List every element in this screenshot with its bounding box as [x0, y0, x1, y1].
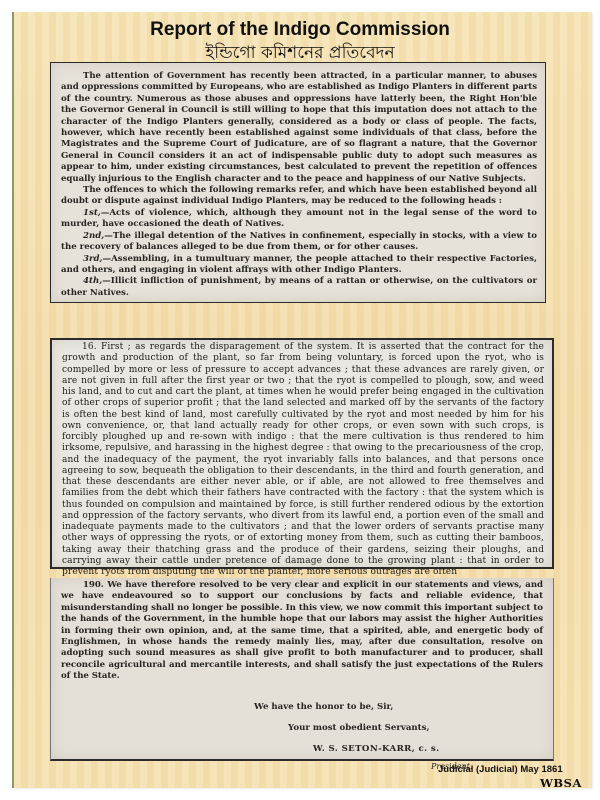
offence-head-4: 4th,—Illicit infliction of punishment, b… [61, 276, 537, 299]
paragraph-190: 190. We have therefore resolved to be ve… [61, 580, 543, 683]
paragraph-16: 16. First ; as regards the disparagement… [62, 342, 544, 578]
clipping-paragraph-16: 16. First ; as regards the disparagement… [50, 338, 554, 569]
source-citation: Judicial (Judicial) May 1861 [438, 764, 563, 775]
notice-intro-paragraph: The attention of Government has recently… [61, 71, 537, 185]
paragraph-number: 190. [83, 580, 104, 590]
offences-intro-paragraph: The offences to which the following rema… [61, 185, 537, 208]
signoff-line-1: We have the honor to be, Sir, [254, 702, 393, 712]
paragraph-number: 16. [82, 342, 97, 352]
signoff-line-2: Your most obedient Servants, [288, 723, 429, 733]
page-title-english: Report of the Indigo Commission [0, 19, 600, 41]
archive-mark: WBSA [540, 776, 582, 790]
offence-head-2: 2nd,—The illegal detention of the Native… [61, 231, 537, 254]
clipping-paragraph-190: 190. We have therefore resolved to be ve… [50, 578, 554, 761]
offence-head-1: 1st,—Acts of violence, which, although t… [61, 208, 537, 231]
clipping-government-notice: The attention of Government has recently… [50, 62, 546, 303]
offence-head-3: 3rd,—Assembling, in a tumultuary manner,… [61, 254, 537, 277]
signatory-name: W. S. SETON-KARR, c. s. [313, 744, 440, 754]
